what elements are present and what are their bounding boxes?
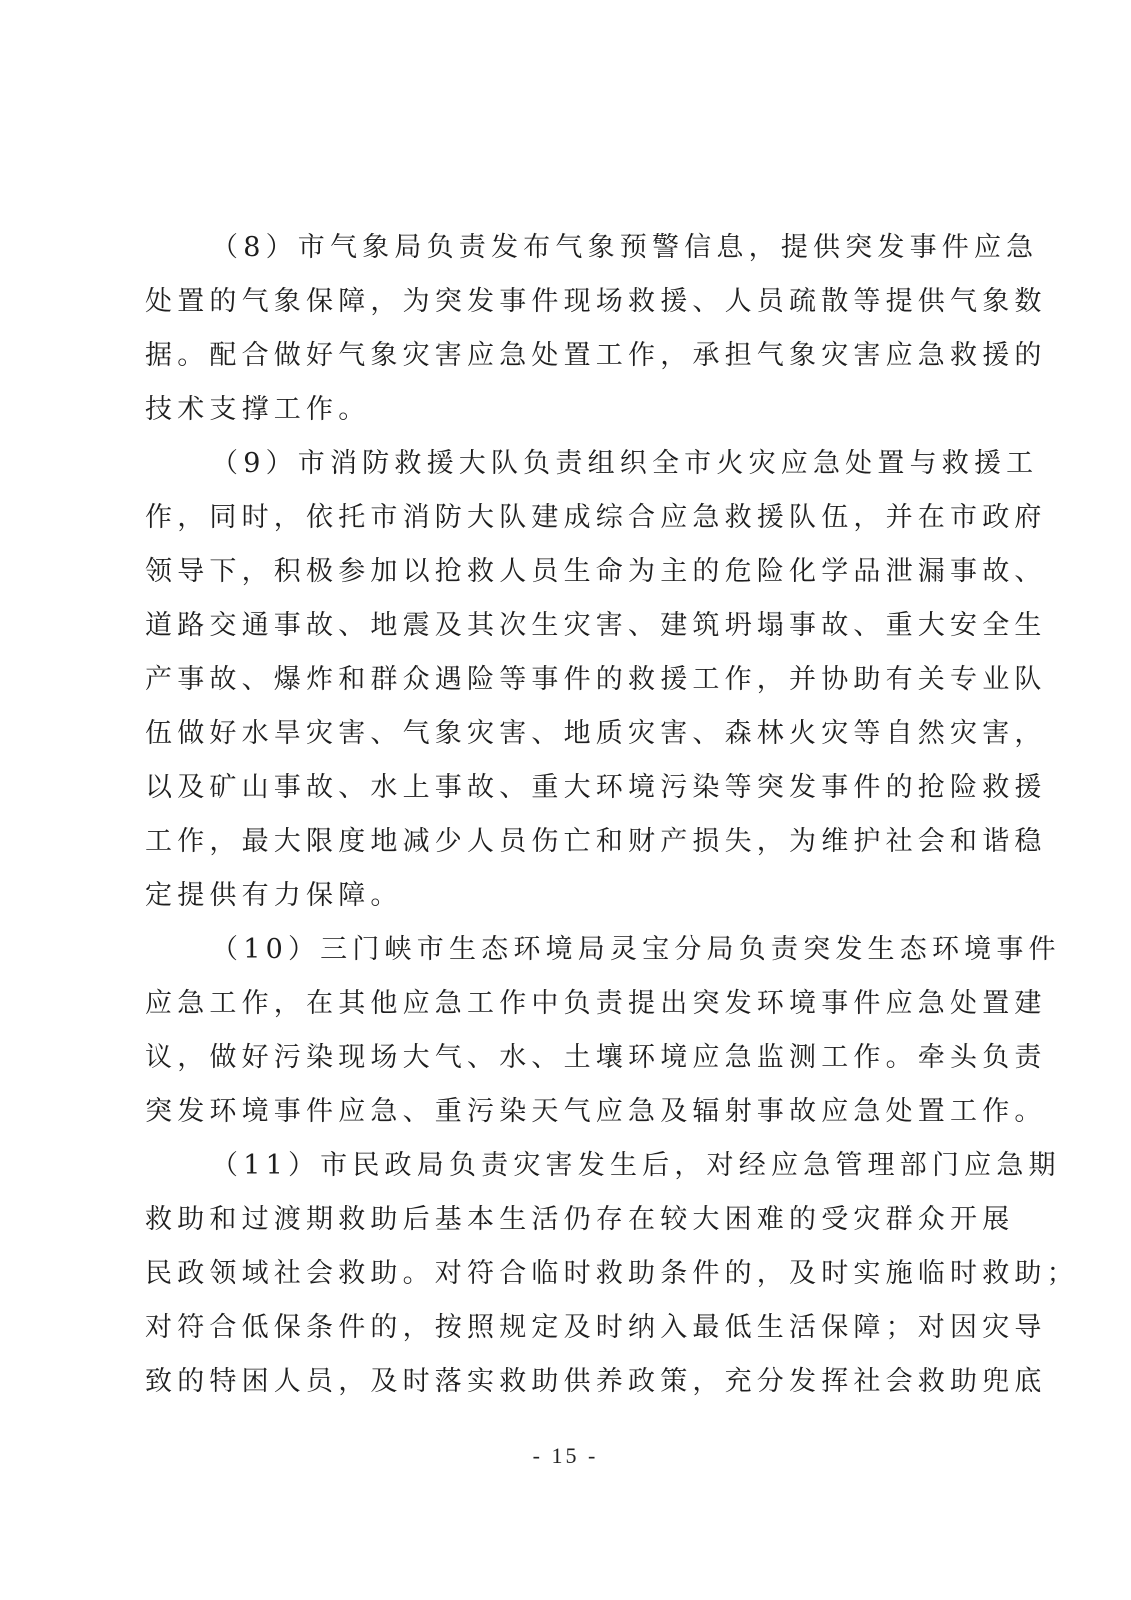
text-line: 以及矿山事故、水上事故、重大环境污染等突发事件的抢险救援	[145, 761, 967, 815]
text-line: 突发环境事件应急、重污染天气应急及辐射事故应急处置工作。	[145, 1085, 967, 1139]
text-line: 工作，最大限度地减少人员伤亡和财产损失，为维护社会和谐稳	[145, 815, 967, 869]
text-line: 对符合低保条件的，按照规定及时纳入最低生活保障；对因灾导	[145, 1301, 967, 1355]
body-text: （8）市气象局负责发布气象预警信息，提供突发事件应急 处置的气象保障，为突发事件…	[145, 221, 967, 1409]
paragraph-11: （11）市民政局负责灾害发生后，对经应急管理部门应急期 救助和过渡期救助后基本生…	[145, 1139, 967, 1409]
paragraph-9: （9）市消防救援大队负责组织全市火灾应急处置与救援工 作，同时，依托市消防大队建…	[145, 437, 967, 923]
text-line: 领导下，积极参加以抢救人员生命为主的危险化学品泄漏事故、	[145, 545, 967, 599]
text-line: 议，做好污染现场大气、水、土壤环境应急监测工作。牵头负责	[145, 1031, 967, 1085]
document-page: （8）市气象局负责发布气象预警信息，提供突发事件应急 处置的气象保障，为突发事件…	[0, 0, 1131, 1600]
page-number: - 15 -	[0, 1443, 1131, 1469]
paragraph-8: （8）市气象局负责发布气象预警信息，提供突发事件应急 处置的气象保障，为突发事件…	[145, 221, 967, 437]
text-line: （9）市消防救援大队负责组织全市火灾应急处置与救援工	[145, 437, 967, 491]
paragraph-10: （10）三门峡市生态环境局灵宝分局负责突发生态环境事件 应急工作，在其他应急工作…	[145, 923, 967, 1139]
text-line: 定提供有力保障。	[145, 869, 967, 923]
text-line: 技术支撑工作。	[145, 383, 967, 437]
text-line: 据。配合做好气象灾害应急处置工作，承担气象灾害应急救援的	[145, 329, 967, 383]
text-line: 道路交通事故、地震及其次生灾害、建筑坍塌事故、重大安全生	[145, 599, 967, 653]
text-line: （8）市气象局负责发布气象预警信息，提供突发事件应急	[145, 221, 967, 275]
text-line: 产事故、爆炸和群众遇险等事件的救援工作，并协助有关专业队	[145, 653, 967, 707]
text-line: 处置的气象保障，为突发事件现场救援、人员疏散等提供气象数	[145, 275, 967, 329]
text-line: （10）三门峡市生态环境局灵宝分局负责突发生态环境事件	[145, 923, 967, 977]
text-line: 伍做好水旱灾害、气象灾害、地质灾害、森林火灾等自然灾害，	[145, 707, 967, 761]
text-line: 致的特困人员，及时落实救助供养政策，充分发挥社会救助兜底	[145, 1355, 967, 1409]
text-line: 救助和过渡期救助后基本生活仍存在较大困难的受灾群众开展	[145, 1193, 967, 1247]
text-line: 民政领域社会救助。对符合临时救助条件的，及时实施临时救助；	[145, 1247, 967, 1301]
text-line: 作，同时，依托市消防大队建成综合应急救援队伍，并在市政府	[145, 491, 967, 545]
text-line: （11）市民政局负责灾害发生后，对经应急管理部门应急期	[145, 1139, 967, 1193]
text-line: 应急工作，在其他应急工作中负责提出突发环境事件应急处置建	[145, 977, 967, 1031]
